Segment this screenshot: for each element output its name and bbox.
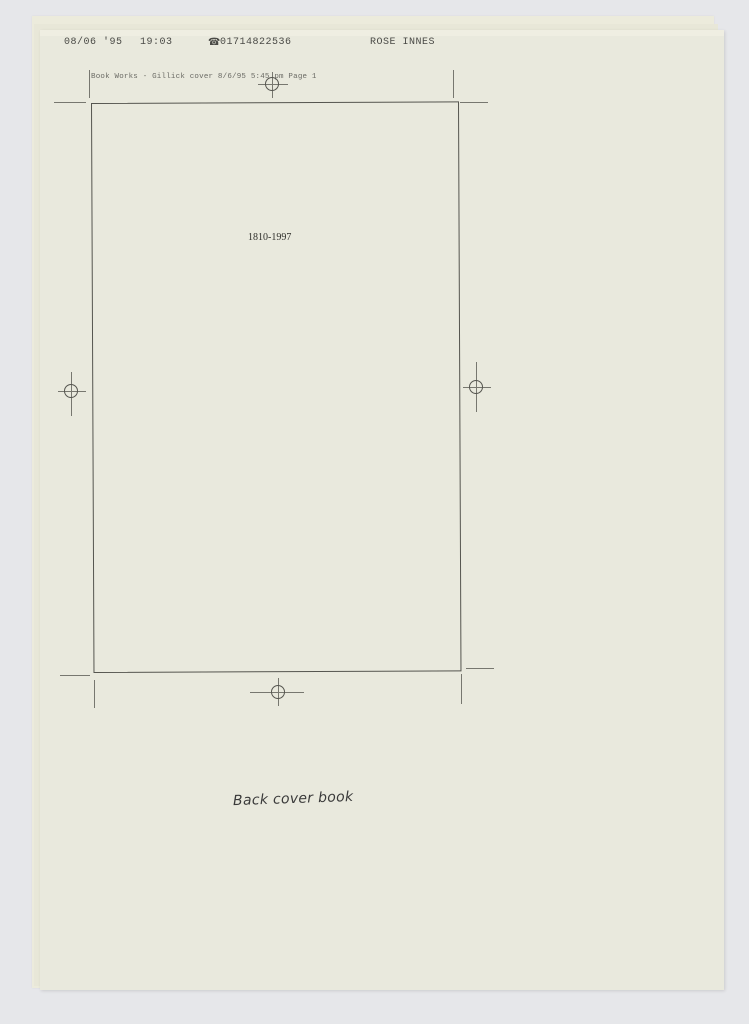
registration-mark-bottom-icon: [271, 685, 285, 699]
cover-trim-rectangle: [91, 101, 461, 673]
fax-sender: ROSE INNES: [370, 37, 435, 48]
registration-mark-top-icon: [265, 77, 279, 91]
cover-year-range: 1810-1997: [248, 232, 291, 243]
crop-mark-top-right-h: [460, 102, 488, 103]
crop-mark-top-left-v: [89, 70, 90, 98]
registration-mark-left-icon: [64, 384, 78, 398]
crop-mark-bottom-left-h: [60, 675, 90, 676]
crop-mark-bottom-left-v: [94, 680, 95, 708]
crop-mark-top-right-v: [453, 70, 454, 98]
print-slug-line: Book Works - Gillick cover 8/6/95 5:45 p…: [91, 73, 317, 81]
fax-date: 08/06 '95: [64, 37, 123, 48]
fax-time: 19:03: [140, 37, 173, 48]
registration-mark-right-icon: [469, 380, 483, 394]
fax-phone-number: 01714822536: [220, 37, 292, 48]
crop-mark-bottom-right-h: [466, 668, 494, 669]
crop-mark-bottom-right-v: [461, 674, 462, 704]
crop-mark-top-left-h: [54, 102, 86, 103]
